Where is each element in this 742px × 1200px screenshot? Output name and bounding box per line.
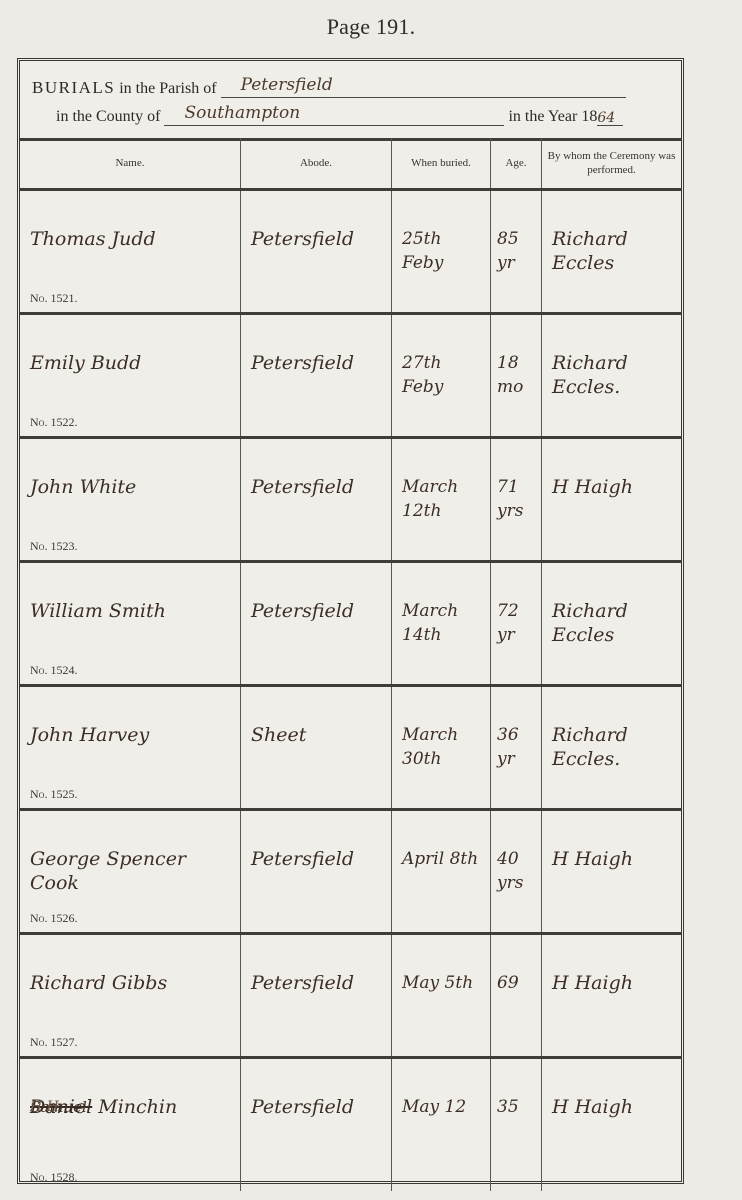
entry-name: John White xyxy=(30,475,236,499)
entry-age: 71 yrs xyxy=(497,475,537,523)
entry-officiant: Richard Eccles. xyxy=(552,351,677,399)
entry-name: George Spencer Cook xyxy=(30,847,236,895)
entries: Thomas JuddNo. 1521. Petersfield 25th Fe… xyxy=(20,191,681,1181)
entry-when-buried: March 14th xyxy=(402,599,486,647)
parish-label: in the Parish of xyxy=(115,80,220,97)
entry-initials: H H xyxy=(30,1095,236,1119)
entry-number: No. 1522. xyxy=(30,415,77,430)
entry-officiant: H Haigh xyxy=(552,847,677,871)
entry-when-buried: March 12th xyxy=(402,475,486,523)
column-header-abode: Abode. xyxy=(241,138,392,188)
table-row: John WhiteNo. 1523. Petersfield March 12… xyxy=(20,439,681,563)
entry-abode: Petersfield xyxy=(251,847,387,871)
table-row: Emily BuddNo. 1522. Petersfield 27th Feb… xyxy=(20,315,681,439)
entry-abode: Petersfield xyxy=(251,971,387,995)
entry-name: Emily Budd xyxy=(30,351,236,375)
county-field: Southampton xyxy=(164,103,504,126)
column-headers: Name. Abode. When buried. Age. By whom t… xyxy=(20,138,681,191)
entry-officiant: Richard Eccles xyxy=(552,227,677,275)
entry-age: 85 yr xyxy=(497,227,537,275)
entry-abode: Sheet xyxy=(251,723,387,747)
column-header-when-buried: When buried. xyxy=(392,138,491,188)
entry-age: 36 yr xyxy=(497,723,537,771)
entry-officiant: H Haigh xyxy=(552,1095,677,1119)
entry-name: Richard Gibbs xyxy=(30,971,236,995)
entry-name: William Smith xyxy=(30,599,236,623)
entry-number: No. 1528. xyxy=(30,1170,77,1185)
parish-field: Petersfield xyxy=(221,75,626,98)
entry-when-buried: 25th Feby xyxy=(402,227,486,275)
table-row: Thomas JuddNo. 1521. Petersfield 25th Fe… xyxy=(20,191,681,315)
entry-abode: Petersfield xyxy=(251,475,387,499)
column-header-age: Age. xyxy=(491,138,542,188)
entry-when-buried: April 8th xyxy=(402,847,486,871)
entry-name: John Harvey xyxy=(30,723,236,747)
entry-when-buried: May 5th xyxy=(402,971,486,995)
entry-number: No. 1524. xyxy=(30,663,77,678)
entry-name: Thomas Judd xyxy=(30,227,236,251)
entry-officiant: H Haigh xyxy=(552,475,677,499)
entry-abode: Petersfield xyxy=(251,351,387,375)
entry-officiant: H Haigh xyxy=(552,971,677,995)
entry-when-buried: May 12 xyxy=(402,1095,486,1119)
county-line: in the County of Southampton in the Year… xyxy=(56,103,669,129)
entry-age: 18 mo xyxy=(497,351,537,399)
table-row: Richard GibbsNo. 1527. Petersfield May 5… xyxy=(20,935,681,1059)
table-row: William SmithNo. 1524. Petersfield March… xyxy=(20,563,681,687)
year-field: 64 xyxy=(597,111,623,126)
entry-number: No. 1526. xyxy=(30,911,77,926)
table-row: George Spencer CookNo. 1526. Petersfield… xyxy=(20,811,681,935)
table-row: John HarveyNo. 1525. Sheet March 30th 36… xyxy=(20,687,681,811)
entry-number: No. 1527. xyxy=(30,1035,77,1050)
year-label: in the Year 18 xyxy=(508,108,597,125)
entry-officiant: Richard Eccles xyxy=(552,599,677,647)
county-label: in the County of xyxy=(56,108,164,125)
column-header-name: Name. xyxy=(20,138,241,188)
entry-number: No. 1521. xyxy=(30,291,77,306)
entry-abode: Petersfield xyxy=(251,1095,387,1119)
entry-abode: Petersfield xyxy=(251,599,387,623)
entry-age: 35 xyxy=(497,1095,537,1119)
table-row: Samuel Daniel Minchin H H No. 1528. Pete… xyxy=(20,1059,681,1191)
entry-age: 72 yr xyxy=(497,599,537,647)
entry-abode: Petersfield xyxy=(251,227,387,251)
column-header-officiant: By whom the Ceremony was performed. xyxy=(542,138,681,188)
burials-heading: BURIALS xyxy=(32,78,115,97)
entry-number: No. 1525. xyxy=(30,787,77,802)
entry-when-buried: 27th Feby xyxy=(402,351,486,399)
entry-age: 40 yrs xyxy=(497,847,537,895)
entry-officiant: Richard Eccles. xyxy=(552,723,677,771)
entry-when-buried: March 30th xyxy=(402,723,486,771)
page-number: Page 191. xyxy=(0,14,742,40)
register-header: BURIALS in the Parish of Petersfield in … xyxy=(20,61,681,141)
entry-age: 69 xyxy=(497,971,537,995)
burial-register: BURIALS in the Parish of Petersfield in … xyxy=(17,58,684,1184)
parish-line: BURIALS in the Parish of Petersfield xyxy=(32,75,669,101)
entry-number: No. 1523. xyxy=(30,539,77,554)
